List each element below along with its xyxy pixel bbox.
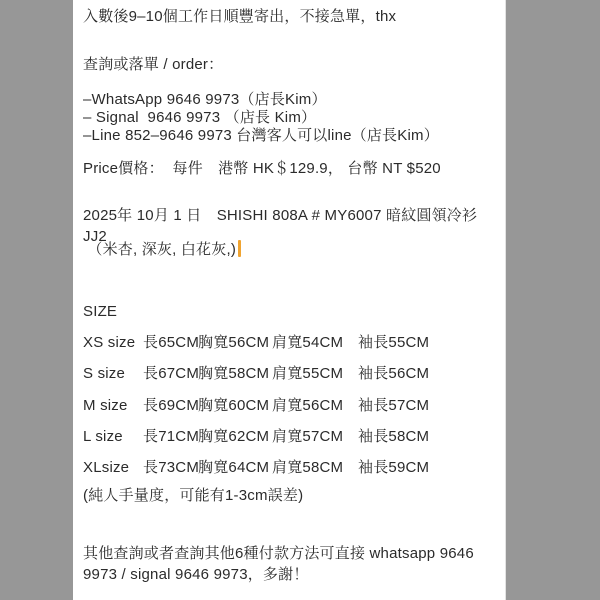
length-value: 長73CM — [143, 457, 198, 478]
chest-value: 胸寬58CM — [198, 363, 272, 384]
sleeve-value: 袖長56CM — [358, 363, 497, 384]
text-caret — [238, 240, 241, 257]
footer-note: 其他查詢或者查詢其他6種付款方法可直接 whatsapp 9646 9973 /… — [83, 543, 497, 585]
length-value: 長67CM — [143, 363, 198, 384]
order-heading-line: 查詢或落單 / order： — [83, 54, 497, 75]
sleeve-value: 袖長59CM — [358, 457, 497, 478]
price-line: Price價格： 每件 港幣 HK＄129.9， 台幣 NT $520 — [83, 158, 497, 179]
size-row-m: M size 長69CM 胸寬60CM 肩寬56CM 袖長57CM — [83, 395, 497, 416]
shipping-note-line: 入數後9–10個工作日順豐寄出，不接急單，thx — [83, 6, 497, 27]
size-label: L size — [83, 426, 143, 447]
shoulder-value: 肩寬54CM — [272, 332, 358, 353]
shoulder-value: 肩寬56CM — [272, 395, 358, 416]
length-value: 長65CM — [143, 332, 198, 353]
sleeve-value: 袖長57CM — [358, 395, 497, 416]
size-label: M size — [83, 395, 143, 416]
shoulder-value: 肩寬55CM — [272, 363, 358, 384]
size-heading: SIZE — [83, 301, 497, 322]
chest-value: 胸寬56CM — [198, 332, 272, 353]
length-value: 長69CM — [143, 395, 198, 416]
contact-line-line: –Line 852–9646 9973 台灣客人可以line（店長Kim） — [83, 125, 497, 146]
size-row-xs: XS size 長65CM 胸寬56CM 肩寬54CM 袖長55CM — [83, 332, 497, 353]
chest-value: 胸寬62CM — [198, 426, 272, 447]
size-row-s: S size 長67CM 胸寬58CM 肩寬55CM 袖長56CM — [83, 363, 497, 384]
chest-value: 胸寬64CM — [198, 457, 272, 478]
length-value: 長71CM — [143, 426, 198, 447]
shoulder-value: 肩寬58CM — [272, 457, 358, 478]
chest-value: 胸寬60CM — [198, 395, 272, 416]
size-row-xl: XLsize 長73CM 胸寬64CM 肩寬58CM 袖長59CM — [83, 457, 497, 478]
size-row-l: L size 長71CM 胸寬62CM 肩寬57CM 袖長58CM — [83, 426, 497, 447]
colors-text: （米杏, 深灰, 白花灰,) — [83, 241, 236, 258]
size-label: S size — [83, 363, 143, 384]
sleeve-value: 袖長58CM — [358, 426, 497, 447]
size-label: XS size — [83, 332, 143, 353]
colors-line: （米杏, 深灰, 白花灰,) — [83, 239, 497, 260]
size-label: XLsize — [83, 457, 143, 478]
measurement-disclaimer: (純人手量度，可能有1-3cm誤差) — [83, 485, 497, 506]
document-page[interactable]: 入數後9–10個工作日順豐寄出，不接急單，thx 查詢或落單 / order： … — [73, 0, 506, 600]
sleeve-value: 袖長55CM — [358, 332, 497, 353]
shoulder-value: 肩寬57CM — [272, 426, 358, 447]
